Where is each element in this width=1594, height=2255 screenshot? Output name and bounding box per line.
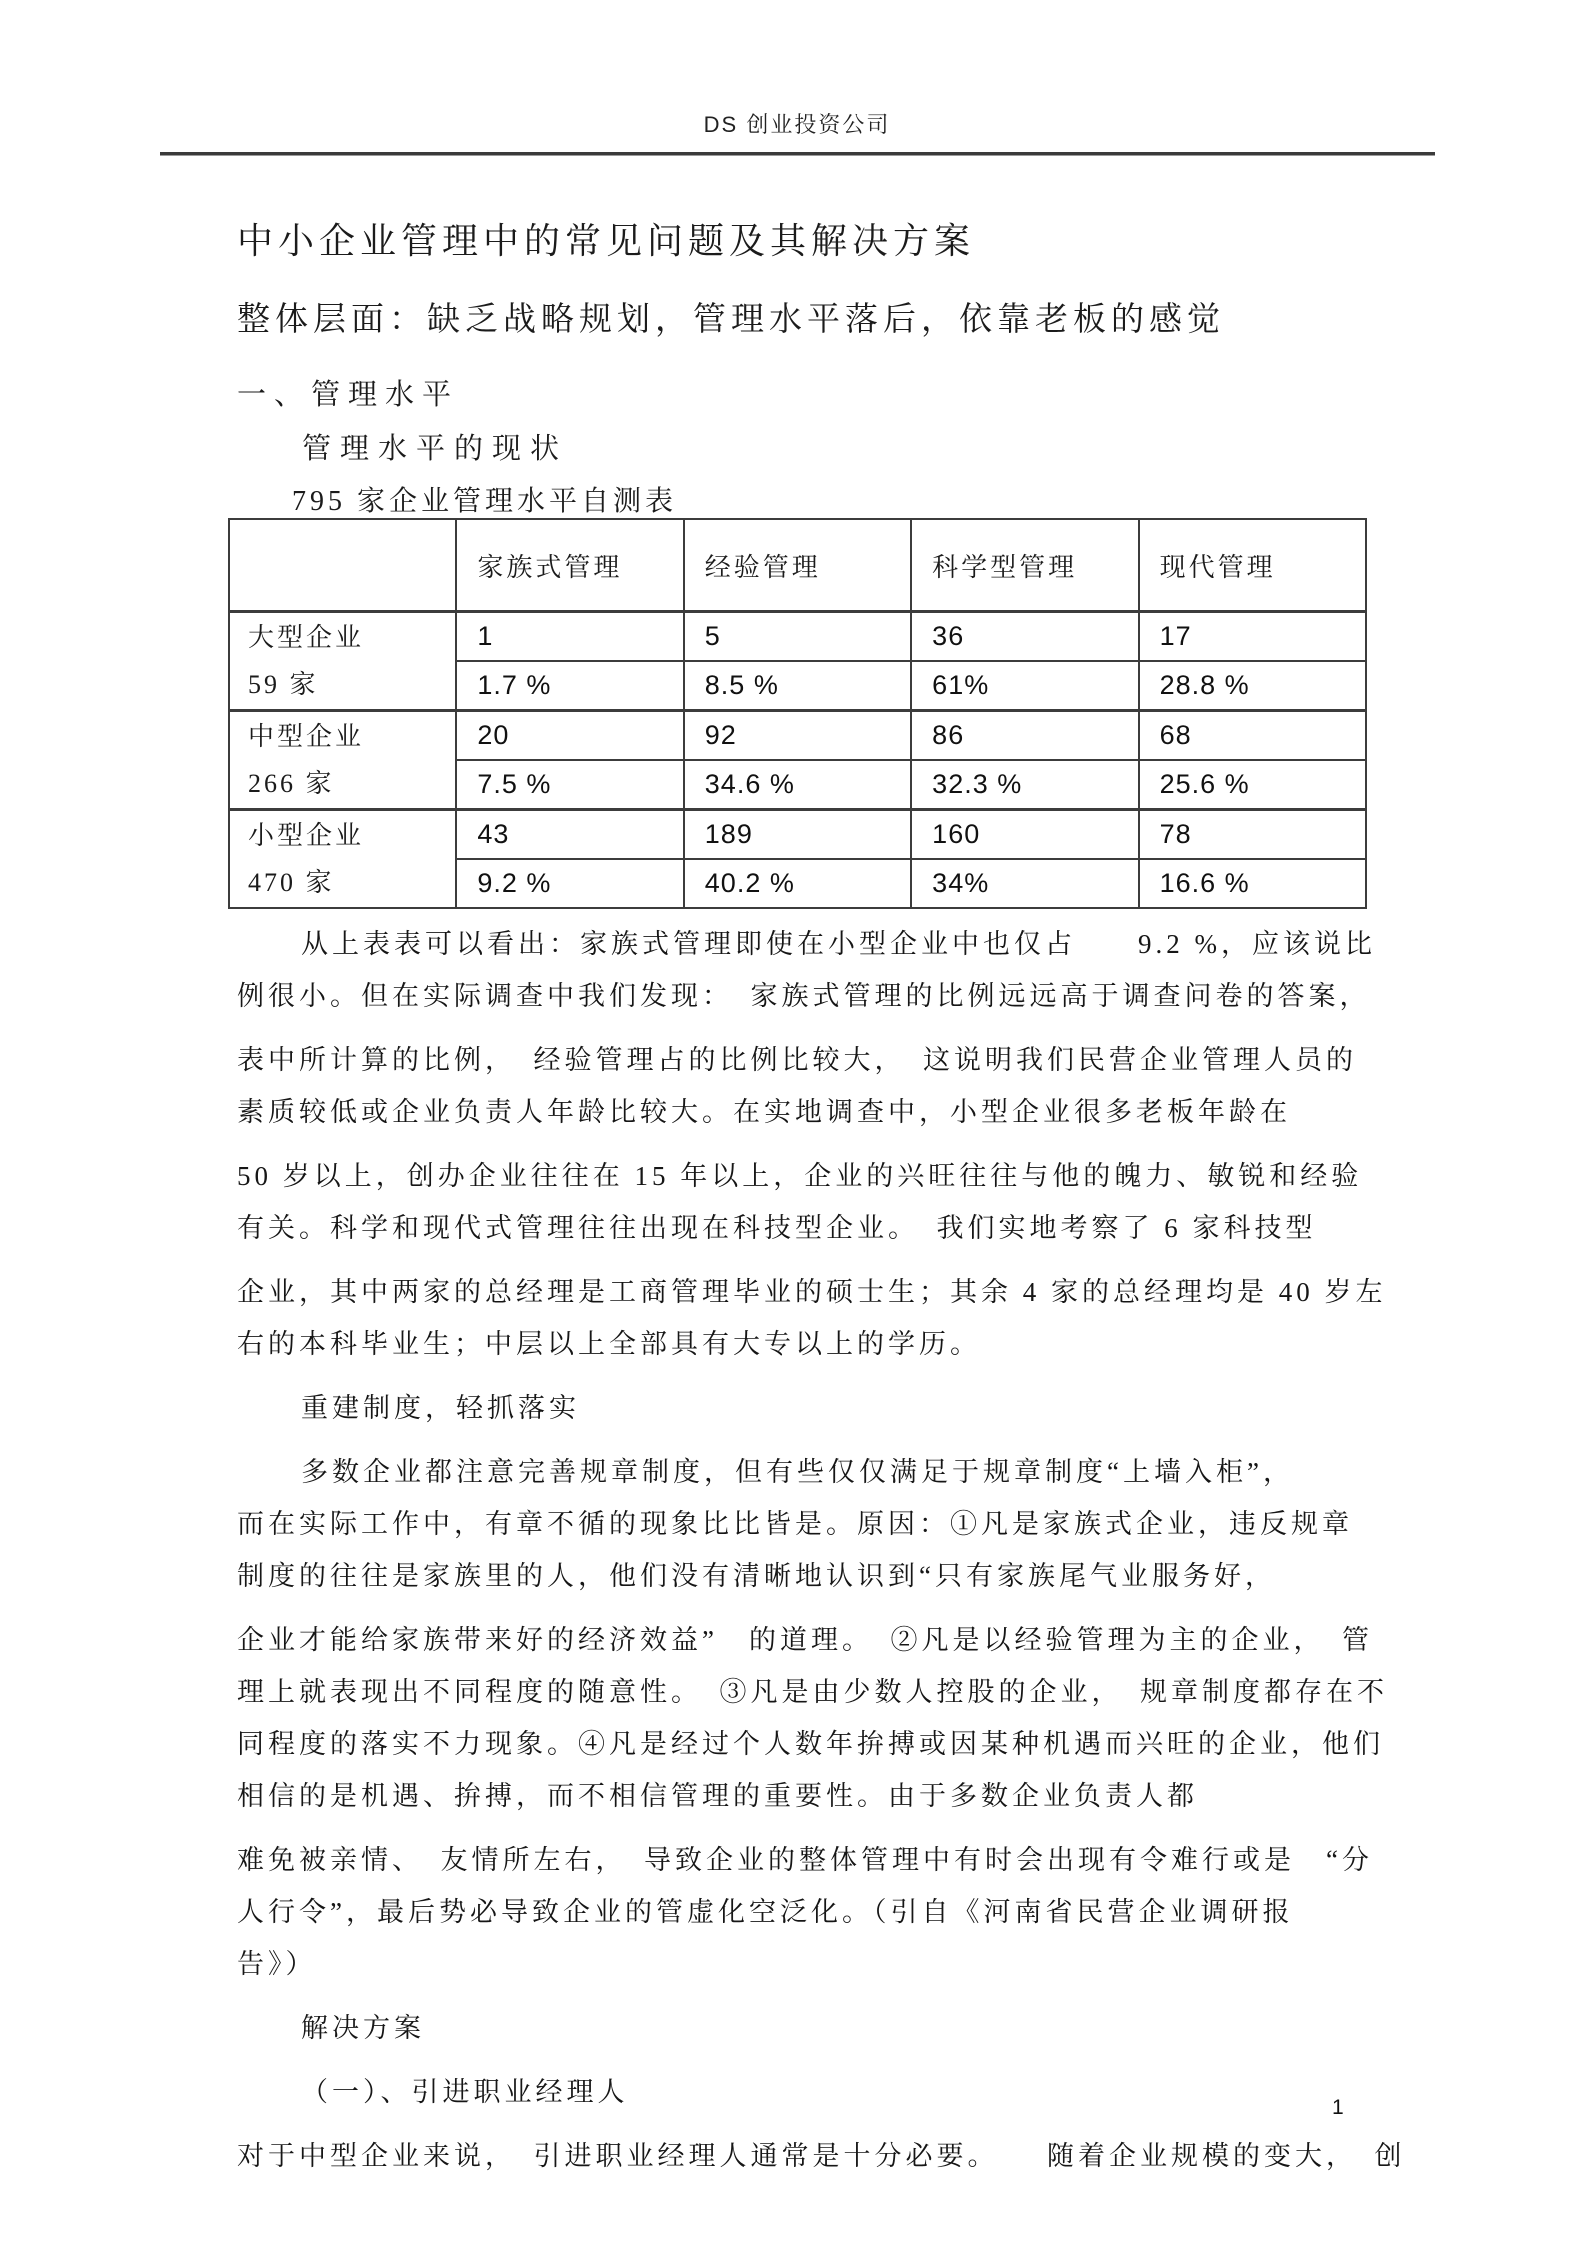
table-cell-percent: 34.6 % <box>684 760 911 810</box>
table-cell-percent: 9.2 % <box>456 859 683 908</box>
column-header-experience: 经验管理 <box>684 519 911 612</box>
table-cell-percent: 61% <box>911 661 1138 711</box>
table-cell-percent: 32.3 % <box>911 760 1138 810</box>
body-line: 素质较低或企业负责人年龄比较大。在实地调查中，小型企业很多老板年龄在 <box>237 1086 1437 1138</box>
body-line: 有关。科学和现代式管理往往出现在科技型企业。 我们实地考察了 6 家科技型 <box>237 1202 1437 1254</box>
table-cell-count: 17 <box>1139 612 1366 662</box>
row-label-type: 大型企业 <box>248 614 451 661</box>
header-company-name: DS 创业投资公司 <box>0 108 1594 139</box>
body-text: 从上表表可以看出：家族式管理即使在小型企业中也仅占 9.2 %，应该说比例很小。… <box>237 918 1437 2182</box>
body-line: 难免被亲情、 友情所左右， 导致企业的整体管理中有时会出现有令难行或是 “分 <box>237 1834 1437 1886</box>
row-label-count: 59 家 <box>248 661 451 708</box>
row-label-type: 中型企业 <box>248 713 451 760</box>
body-line: 人行令”，最后势必导致企业的管虚化空泛化。（引自《河南省民营企业调研报 <box>237 1886 1437 1938</box>
table-cell-count: 5 <box>684 612 911 662</box>
body-line: 企业，其中两家的总经理是工商管理毕业的硕士生；其余 4 家的总经理均是 40 岁… <box>237 1266 1437 1318</box>
table-cell-percent: 25.6 % <box>1139 760 1366 810</box>
table-cell-count: 43 <box>456 810 683 860</box>
table-cell-percent: 34% <box>911 859 1138 908</box>
row-label-type: 小型企业 <box>248 812 451 859</box>
body-line: 企业才能给家族带来好的经济效益” 的道理。 ②凡是以经验管理为主的企业， 管 <box>237 1614 1437 1666</box>
table-cell-count: 78 <box>1139 810 1366 860</box>
body-line: 制度的往往是家族里的人，他们没有清晰地认识到“只有家族尾气业服务好， <box>237 1550 1437 1602</box>
table-cell-percent: 1.7 % <box>456 661 683 711</box>
body-line: 例很小。但在实际调查中我们发现： 家族式管理的比例远远高于调查问卷的答案， <box>237 970 1437 1022</box>
sub-heading-status: 管理水平的现状 <box>302 426 568 467</box>
table-cell-count: 68 <box>1139 711 1366 761</box>
table-cell-count: 92 <box>684 711 911 761</box>
body-line: 表中所计算的比例， 经验管理占的比例比较大， 这说明我们民营企业管理人员的 <box>237 1034 1437 1086</box>
body-line: （一）、引进职业经理人 <box>237 2066 1437 2118</box>
table-cell-percent: 16.6 % <box>1139 859 1366 908</box>
body-line: 对于中型企业来说， 引进职业经理人通常是十分必要。 随着企业规模的变大， 创 <box>237 2130 1437 2182</box>
table-cell-percent: 28.8 % <box>1139 661 1366 711</box>
column-header-modern: 现代管理 <box>1139 519 1366 612</box>
column-header-family: 家族式管理 <box>456 519 683 612</box>
table-corner-cell <box>229 519 456 612</box>
row-label: 小型企业470 家 <box>229 810 456 909</box>
row-label: 大型企业59 家 <box>229 612 456 711</box>
body-line: 多数企业都注意完善规章制度，但有些仅仅满足于规章制度“上墙入柜”， <box>237 1446 1437 1498</box>
table-cell-count: 20 <box>456 711 683 761</box>
doc-title: 中小企业管理中的常见问题及其解决方案 <box>237 213 975 264</box>
row-label-count: 266 家 <box>248 760 451 807</box>
body-line: 理上就表现出不同程度的随意性。 ③凡是由少数人控股的企业， 规章制度都存在不 <box>237 1666 1437 1718</box>
table-cell-percent: 8.5 % <box>684 661 911 711</box>
table-cell-count: 36 <box>911 612 1138 662</box>
page-number: 1 <box>1332 2096 1344 2120</box>
table-cell-count: 189 <box>684 810 911 860</box>
table-row: 大型企业59 家153617 <box>229 612 1366 662</box>
body-line: 重建制度，轻抓落实 <box>237 1382 1437 1434</box>
column-header-scientific: 科学型管理 <box>911 519 1138 612</box>
table-row: 小型企业470 家4318916078 <box>229 810 1366 860</box>
row-label-count: 470 家 <box>248 859 451 906</box>
body-line: 50 岁以上，创办企业往往在 15 年以上，企业的兴旺往往与他的魄力、敏锐和经验 <box>237 1150 1437 1202</box>
body-line: 而在实际工作中，有章不循的现象比比皆是。原因：①凡是家族式企业，违反规章 <box>237 1498 1437 1550</box>
management-level-table: 家族式管理 经验管理 科学型管理 现代管理 大型企业59 家1536171.7 … <box>228 518 1367 909</box>
table-cell-count: 1 <box>456 612 683 662</box>
table-row: 中型企业266 家20928668 <box>229 711 1366 761</box>
document-page: DS 创业投资公司 中小企业管理中的常见问题及其解决方案 整体层面：缺乏战略规划… <box>0 0 1594 2255</box>
table-cell-percent: 40.2 % <box>684 859 911 908</box>
doc-subtitle: 整体层面：缺乏战略规划，管理水平落后，依靠老板的感觉 <box>237 293 1225 340</box>
table-header-row: 家族式管理 经验管理 科学型管理 现代管理 <box>229 519 1366 612</box>
body-line: 从上表表可以看出：家族式管理即使在小型企业中也仅占 9.2 %，应该说比 <box>237 918 1437 970</box>
body-line: 右的本科毕业生；中层以上全部具有大专以上的学历。 <box>237 1318 1437 1370</box>
body-line: 相信的是机遇、拚搏，而不相信管理的重要性。由于多数企业负责人都 <box>237 1770 1437 1822</box>
table-cell-count: 160 <box>911 810 1138 860</box>
body-line: 同程度的落实不力现象。④凡是经过个人数年拚搏或因某种机遇而兴旺的企业，他们 <box>237 1718 1437 1770</box>
body-line: 告》） <box>237 1938 1437 1990</box>
table-cell-percent: 7.5 % <box>456 760 683 810</box>
sub-heading-table-title: 795 家企业管理水平自测表 <box>292 479 677 519</box>
body-line: 解决方案 <box>237 2002 1437 2054</box>
header-rule <box>160 152 1435 156</box>
section-heading: 一、管理水平 <box>237 372 459 413</box>
table-cell-count: 86 <box>911 711 1138 761</box>
row-label: 中型企业266 家 <box>229 711 456 810</box>
